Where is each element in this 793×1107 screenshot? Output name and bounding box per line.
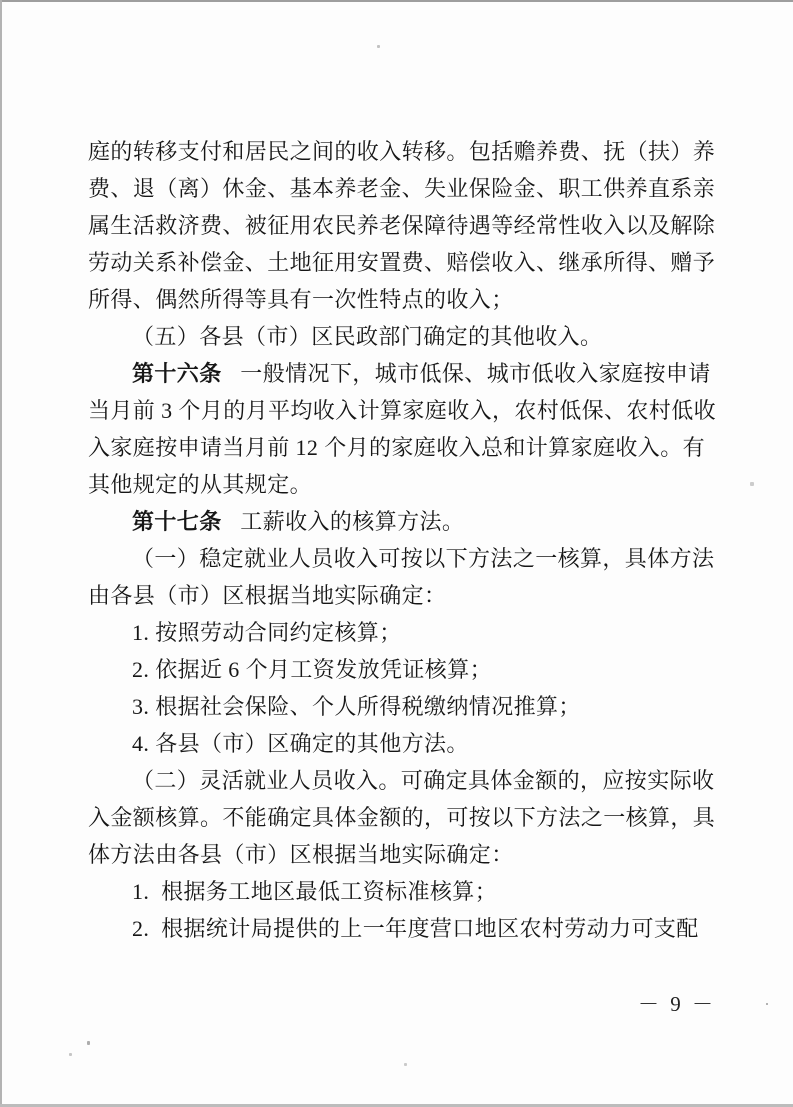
line-text: 劳动关系补偿金、土地征用安置费、赔偿收入、继承所得、赠予 xyxy=(88,250,715,275)
text-line: 劳动关系补偿金、土地征用安置费、赔偿收入、继承所得、赠予 xyxy=(88,244,716,281)
text-line: 入家庭按申请当月前 12 个月的家庭收入总和计算家庭收入。有 xyxy=(88,429,716,466)
line-text: 庭的转移支付和居民之间的收入转移。包括赡养费、抚（扶）养 xyxy=(88,139,715,164)
text-line: 2. 根据统计局提供的上一年度营口地区农村劳动力可支配 xyxy=(88,910,716,947)
line-text: 1. 根据务工地区最低工资标准核算； xyxy=(132,879,497,904)
line-text: 一般情况下，城市低保、城市低收入家庭按申请 xyxy=(240,361,710,386)
line-text: 费、退（离）休金、基本养老金、失业保险金、职工供养直系亲 xyxy=(88,176,715,201)
text-line: 第十七条工薪收入的核算方法。 xyxy=(88,503,716,540)
text-line: 1. 按照劳动合同约定核算； xyxy=(88,614,716,651)
line-text: 2. 依据近 6 个月工资发放凭证核算； xyxy=(132,657,492,682)
line-text: 工薪收入的核算方法。 xyxy=(240,509,464,534)
text-line: 其他规定的从其规定。 xyxy=(88,466,716,503)
line-text: 入金额核算。不能确定具体金额的，可按以下方法之一核算，具 xyxy=(88,805,715,830)
line-text: 入家庭按申请当月前 12 个月的家庭收入总和计算家庭收入。有 xyxy=(88,435,705,460)
text-line: 所得、偶然所得等具有一次性特点的收入； xyxy=(88,281,716,318)
page-number: － 9 － xyxy=(638,988,716,1018)
text-line: 当月前 3 个月的月平均收入计算家庭收入，农村低保、农村低收 xyxy=(88,392,716,429)
line-text: 当月前 3 个月的月平均收入计算家庭收入，农村低保、农村低收 xyxy=(88,398,716,423)
text-line: 属生活救济费、被征用农民养老保障待遇等经常性收入以及解除 xyxy=(88,207,716,244)
line-text: 属生活救济费、被征用农民养老保障待遇等经常性收入以及解除 xyxy=(88,213,715,238)
line-text: （五）各县（市）区民政部门确定的其他收入。 xyxy=(132,324,602,349)
line-text: 1. 按照劳动合同约定核算； xyxy=(132,620,402,645)
text-line: （一）稳定就业人员收入可按以下方法之一核算，具体方法 xyxy=(88,540,716,577)
article-number-bold: 第十六条 xyxy=(132,361,222,386)
text-line: 4. 各县（市）区确定的其他方法。 xyxy=(88,725,716,762)
line-text: 由各县（市）区根据当地实际确定： xyxy=(88,583,446,608)
scan-speck xyxy=(69,1053,72,1056)
line-text: 其他规定的从其规定。 xyxy=(88,472,312,497)
scan-speck xyxy=(404,1063,407,1066)
scan-speck xyxy=(750,482,754,486)
line-text: 体方法由各县（市）区根据当地实际确定： xyxy=(88,842,514,867)
text-line: 费、退（离）休金、基本养老金、失业保险金、职工供养直系亲 xyxy=(88,170,716,207)
scan-speck xyxy=(766,1003,768,1005)
scan-speck xyxy=(87,1041,90,1045)
text-line: 入金额核算。不能确定具体金额的，可按以下方法之一核算，具 xyxy=(88,799,716,836)
line-text: （二）灵活就业人员收入。可确定具体金额的，应按实际收 xyxy=(132,768,714,793)
text-line: 庭的转移支付和居民之间的收入转移。包括赡养费、抚（扶）养 xyxy=(88,133,716,170)
scanned-document-page: 庭的转移支付和居民之间的收入转移。包括赡养费、抚（扶）养费、退（离）休金、基本养… xyxy=(0,0,793,1107)
text-line: （五）各县（市）区民政部门确定的其他收入。 xyxy=(88,318,716,355)
text-line: 由各县（市）区根据当地实际确定： xyxy=(88,577,716,614)
line-text: 4. 各县（市）区确定的其他方法。 xyxy=(132,731,469,756)
line-text: 所得、偶然所得等具有一次性特点的收入； xyxy=(88,287,514,312)
text-line: 1. 根据务工地区最低工资标准核算； xyxy=(88,873,716,910)
article-number-bold: 第十七条 xyxy=(132,509,222,534)
scan-edge-left xyxy=(0,0,2,1107)
scan-speck xyxy=(377,45,380,48)
text-line: （二）灵活就业人员收入。可确定具体金额的，应按实际收 xyxy=(88,762,716,799)
line-text: 2. 根据统计局提供的上一年度营口地区农村劳动力可支配 xyxy=(132,916,699,941)
line-text: （一）稳定就业人员收入可按以下方法之一核算，具体方法 xyxy=(132,546,714,571)
document-body: 庭的转移支付和居民之间的收入转移。包括赡养费、抚（扶）养费、退（离）休金、基本养… xyxy=(88,133,716,947)
scan-edge-top xyxy=(0,0,793,2)
line-text: 3. 根据社会保险、个人所得税缴纳情况推算； xyxy=(132,694,581,719)
text-line: 体方法由各县（市）区根据当地实际确定： xyxy=(88,836,716,873)
text-line: 2. 依据近 6 个月工资发放凭证核算； xyxy=(88,651,716,688)
text-line: 第十六条一般情况下，城市低保、城市低收入家庭按申请 xyxy=(88,355,716,392)
text-line: 3. 根据社会保险、个人所得税缴纳情况推算； xyxy=(88,688,716,725)
